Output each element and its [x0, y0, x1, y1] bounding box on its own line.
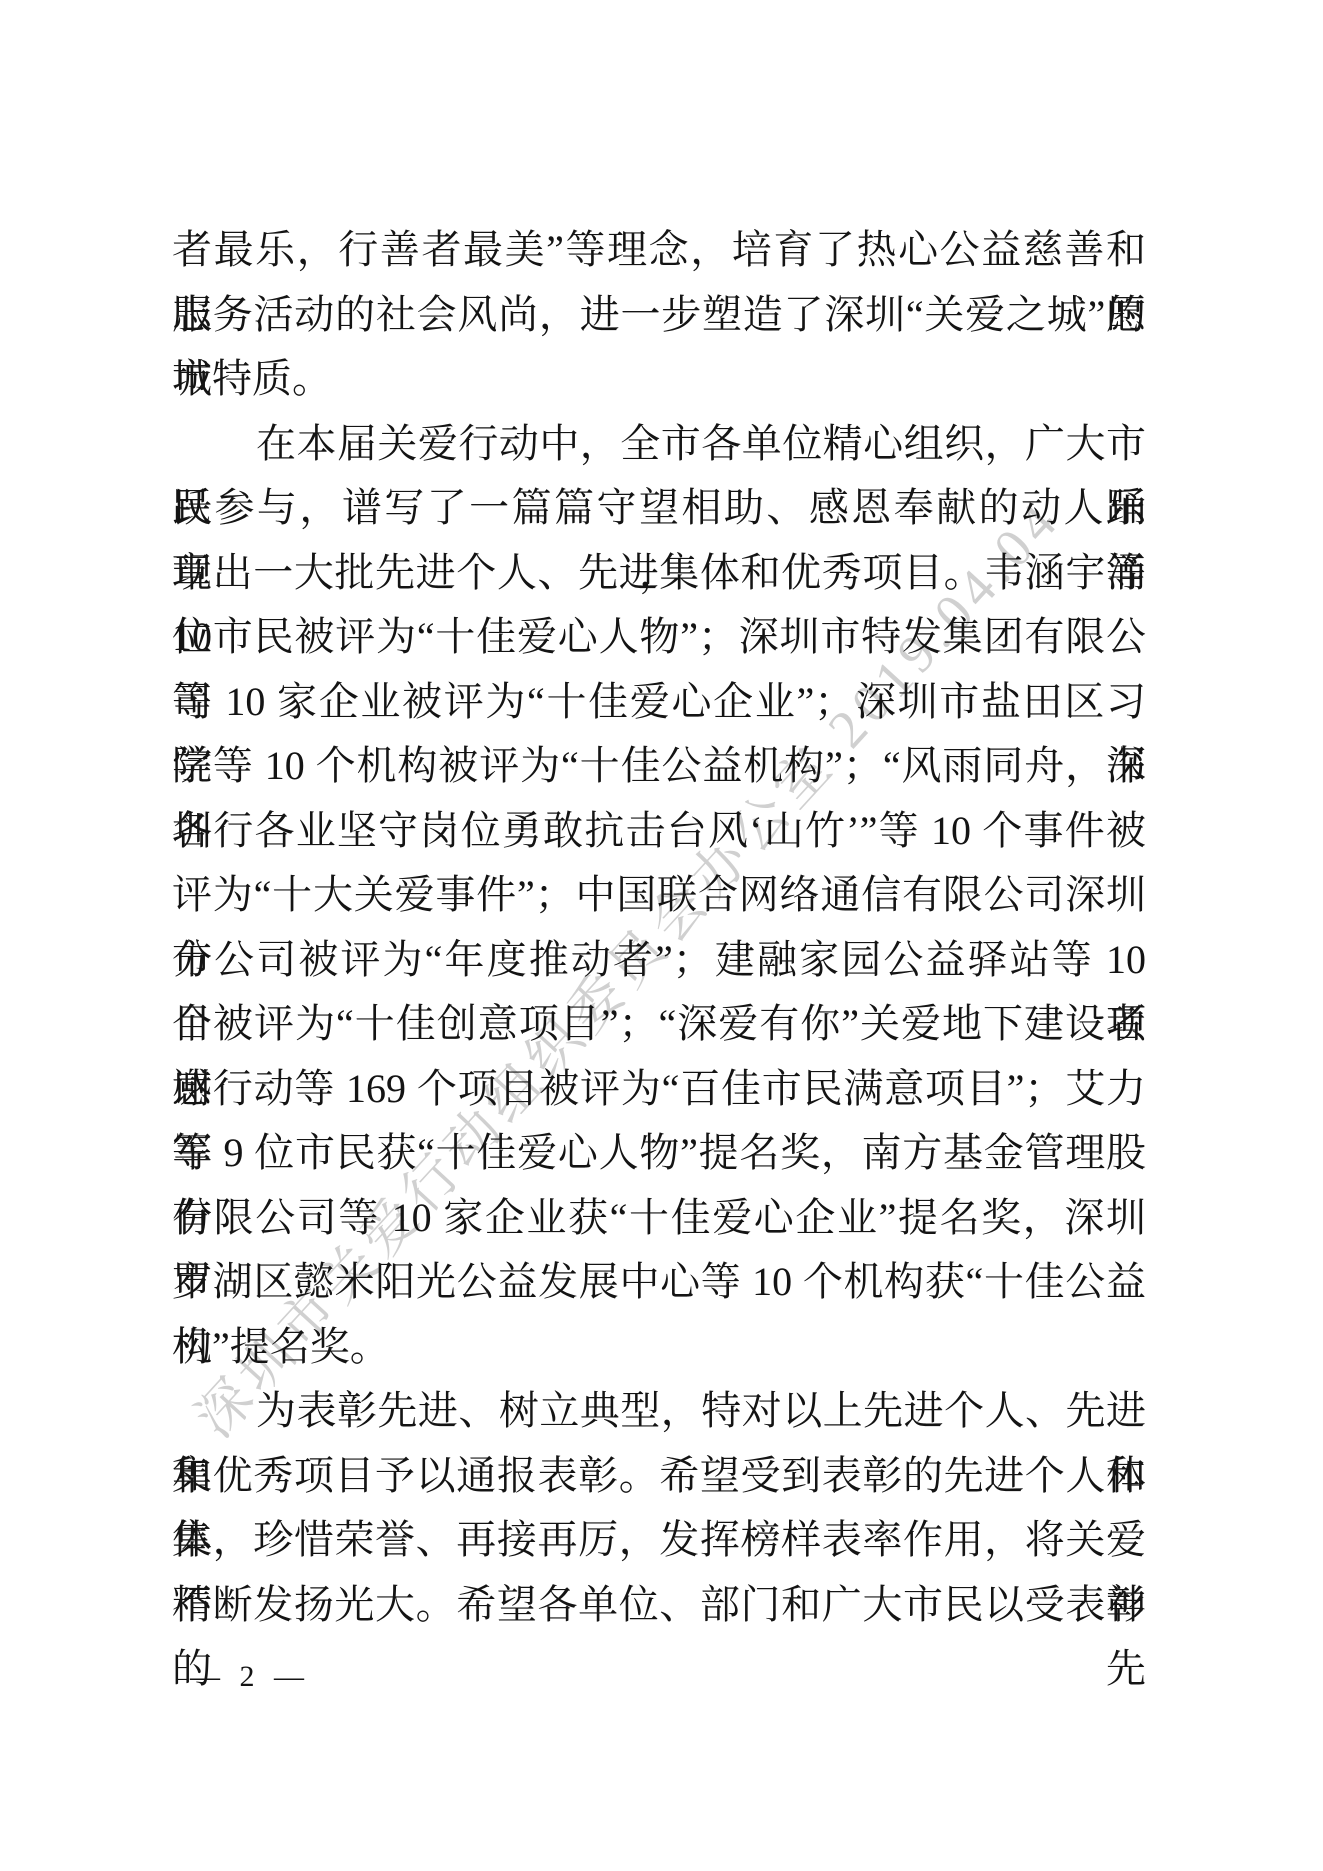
document-body: 者最乐，行善者最美”等理念，培育了热心公益慈善和志愿服务活动的社会风尚，进一步塑…	[172, 218, 1146, 1637]
text-line: 在本届关爱行动中，全市各单位精心组织，广大市民踊	[172, 412, 1146, 477]
text-line: 等 10 家企业被评为“十佳爱心企业”；深圳市盐田区习学书	[172, 670, 1146, 735]
text-line: 服务活动的社会风尚，进一步塑造了深圳“关爱之城”的城	[172, 283, 1146, 348]
text-line: 现出一大批先进个人、先进集体和优秀项目。韦涵宇等 10	[172, 541, 1146, 606]
text-line: 各行各业坚守岗位勇敢抗击台风‘山竹’”等 10 个事件被	[172, 799, 1146, 864]
text-line: 评为“十大关爱事件”；中国联合网络通信有限公司深圳市	[172, 863, 1146, 928]
text-line: 构”提名奖。	[172, 1315, 1146, 1380]
text-line: 等 9 位市民获“十佳爱心人物”提名奖，南方基金管理股份	[172, 1121, 1146, 1186]
document-page: 深圳市关爱行动组织委员会办公室 2019.04.04 者最乐，行善者最美”等理念…	[0, 0, 1323, 1871]
text-line: 市特质。	[172, 347, 1146, 412]
text-line: 罗湖区懿米阳光公益发展中心等 10 个机构获“十佳公益机	[172, 1250, 1146, 1315]
text-line: 跃参与，谱写了一篇篇守望相助、感恩奉献的动人乐章，涌	[172, 476, 1146, 541]
text-line: 为表彰先进、树立典型，特对以上先进个人、先进集体	[172, 1379, 1146, 1444]
text-line: 和优秀项目予以通报表彰。希望受到表彰的先进个人和集	[172, 1444, 1146, 1509]
text-line: 有限公司等 10 家企业获“十佳爱心企业”提名奖，深圳市	[172, 1186, 1146, 1251]
text-line: 位市民被评为“十佳爱心人物”；深圳市特发集团有限公司	[172, 605, 1146, 670]
text-line: 院等 10 个机构被评为“十佳公益机构”；“风雨同舟，深圳	[172, 734, 1146, 799]
text-line: 分公司被评为“年度推动者”；建融家园公益驿站等 10 个项	[172, 928, 1146, 993]
page-number: — 2 —	[190, 1660, 310, 1694]
text-line: 谢行动等 169 个项目被评为“百佳市民满意项目”；艾力军	[172, 1057, 1146, 1122]
text-line: 不断发扬光大。希望各单位、部门和广大市民以受表彰的先	[172, 1573, 1146, 1638]
text-line: 体，珍惜荣誉、再接再厉，发挥榜样表率作用，将关爱精神	[172, 1508, 1146, 1573]
text-line: 目被评为“十佳创意项目”；“深爱有你”关爱地下建设者感	[172, 992, 1146, 1057]
text-line: 者最乐，行善者最美”等理念，培育了热心公益慈善和志愿	[172, 218, 1146, 283]
